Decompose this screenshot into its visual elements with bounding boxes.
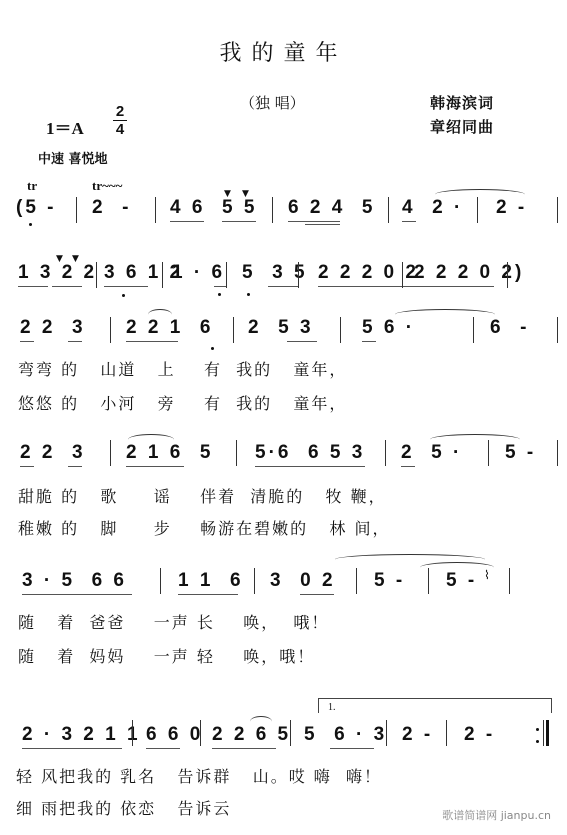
measure: 5 - bbox=[505, 442, 536, 464]
lyric-verse-2: 随 着 妈妈 一声 轻 唤，哦！ bbox=[18, 644, 315, 667]
lyric-verse-1: 弯弯 的 山道 上 有 我的 童年， bbox=[18, 357, 347, 380]
barline bbox=[132, 720, 133, 746]
barline bbox=[96, 262, 97, 288]
repeat-barline-thick bbox=[546, 720, 549, 746]
measure: 3 0 2 bbox=[270, 570, 336, 592]
time-signature: 2 4 bbox=[113, 104, 127, 137]
measure: 5 6 · 3 bbox=[304, 724, 387, 746]
barline bbox=[477, 197, 478, 223]
measure: 2 - bbox=[464, 724, 495, 746]
barline bbox=[233, 317, 234, 343]
measure: 2 1 6 5 bbox=[126, 442, 213, 464]
measure: 4 2 · bbox=[402, 197, 463, 219]
barline bbox=[200, 720, 201, 746]
measure: 5 - bbox=[446, 570, 477, 592]
lyric-verse-1: 轻 风把我的 乳名 告诉群 山。哎 嗨 嗨！ bbox=[16, 764, 382, 787]
repeat-barline bbox=[543, 720, 544, 746]
lyric-verse-1: 甜脆 的 歌 谣 伴着 清脆的 牧 鞭， bbox=[18, 484, 387, 507]
measure: 4 6 5 5 bbox=[170, 197, 257, 219]
measure: 2 - bbox=[402, 724, 433, 746]
first-ending-label: 1. bbox=[328, 702, 336, 713]
barline bbox=[162, 262, 163, 288]
lyricist: 韩海滨词 bbox=[430, 92, 494, 113]
repeat-dot bbox=[536, 728, 539, 731]
barline bbox=[254, 568, 255, 594]
barline bbox=[110, 440, 111, 466]
measure: 2 2 2 0 2 bbox=[318, 262, 419, 284]
barline bbox=[298, 262, 299, 288]
lyric-verse-1: 随 着 爸爸 一声 长 唤， 哦！ bbox=[18, 610, 329, 633]
measure: 2 5 · bbox=[401, 442, 462, 464]
composer: 章绍同曲 bbox=[430, 116, 494, 137]
barline bbox=[155, 197, 156, 223]
lyric-verse-2: 稚嫩 的 脚 步 畅游在碧嫩的 林 间， bbox=[18, 516, 390, 539]
barline bbox=[402, 262, 403, 288]
barline bbox=[507, 262, 508, 288]
barline bbox=[557, 197, 558, 223]
barline bbox=[446, 720, 447, 746]
measure: 2 2 3 bbox=[20, 317, 86, 339]
measure: 5 - bbox=[374, 570, 405, 592]
barline bbox=[290, 720, 291, 746]
measure: 2 · 3 2 1 1 bbox=[22, 724, 141, 746]
measure: 6 2 4 5 bbox=[288, 197, 375, 219]
accent-icon: ▼ bbox=[242, 189, 249, 199]
barline bbox=[385, 440, 386, 466]
performance-type: （独 唱） bbox=[240, 92, 305, 113]
barline bbox=[226, 262, 227, 288]
barline bbox=[110, 317, 111, 343]
measure: 1 · 6 bbox=[172, 262, 225, 284]
barline bbox=[509, 568, 510, 594]
barline bbox=[488, 440, 489, 466]
barline bbox=[557, 317, 558, 343]
measure: 2 2 3 bbox=[20, 442, 86, 464]
accent-icon: ▼ bbox=[224, 189, 231, 199]
barline bbox=[272, 197, 273, 223]
tempo-marking: 中速 喜悦地 bbox=[38, 148, 108, 167]
trill-mark: tr~~~ bbox=[92, 178, 122, 194]
measure: 5·6 6 5 3 bbox=[255, 442, 365, 464]
measure: 5 6 · bbox=[362, 317, 415, 339]
measure: 1 3 2 2 bbox=[18, 262, 97, 284]
measure: 2 5 3 bbox=[248, 317, 314, 339]
barline bbox=[236, 440, 237, 466]
watermark: 歌谱简谱网 jianpu.cn bbox=[442, 807, 551, 823]
measure: 6 - bbox=[490, 317, 529, 339]
barline bbox=[76, 197, 77, 223]
song-title: 我的童年 bbox=[0, 36, 567, 67]
measure: 2 2 6 5 bbox=[212, 724, 291, 746]
glissando-icon: ⌇ bbox=[484, 568, 490, 582]
trill-mark: tr bbox=[27, 178, 37, 194]
measure: 1 1 6 bbox=[178, 570, 244, 592]
low-octave-dot bbox=[29, 223, 32, 226]
first-ending-bracket bbox=[318, 698, 552, 713]
measure: 2 2 1 6 bbox=[126, 317, 213, 339]
measure: 2 - bbox=[92, 197, 131, 219]
barline bbox=[557, 440, 558, 466]
measure: 6 6 0 bbox=[146, 724, 203, 746]
repeat-dot bbox=[536, 740, 539, 743]
barline bbox=[428, 568, 429, 594]
barline bbox=[340, 317, 341, 343]
barline bbox=[356, 568, 357, 594]
barline bbox=[388, 197, 389, 223]
key-signature: 1＝A bbox=[46, 114, 84, 139]
measure: 2 - bbox=[496, 197, 527, 219]
lyric-verse-2: 细 雨把我的 依恋 告诉云 bbox=[16, 796, 231, 819]
barline bbox=[386, 720, 387, 746]
measure: 3 · 5 6 6 bbox=[22, 570, 127, 592]
barline bbox=[160, 568, 161, 594]
measure: (5 - bbox=[16, 197, 57, 219]
barline bbox=[473, 317, 474, 343]
lyric-verse-2: 悠悠 的 小河 旁 有 我的 童年， bbox=[18, 391, 347, 414]
